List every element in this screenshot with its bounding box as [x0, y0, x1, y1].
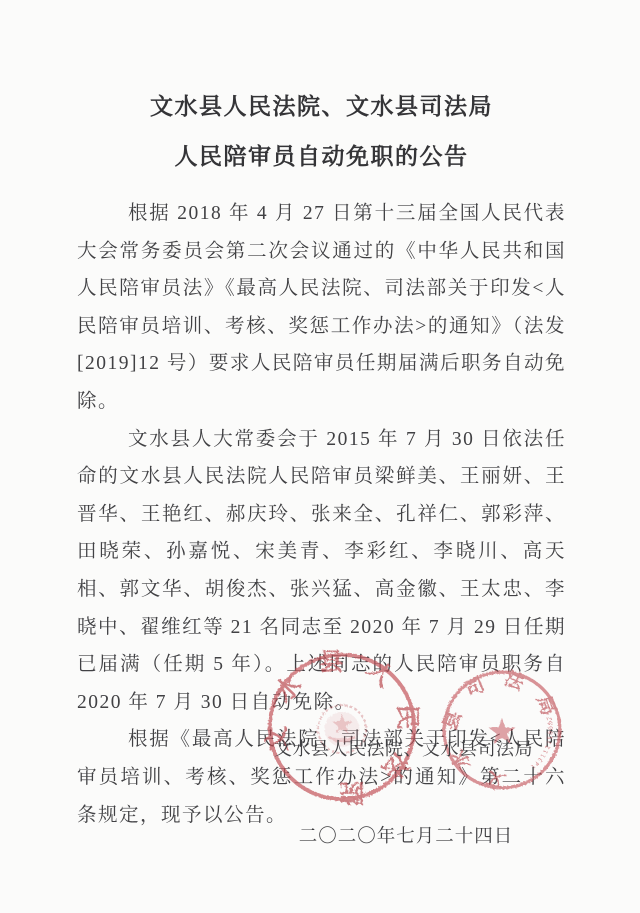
paragraph-juror-list: 文水县人大常委会于 2015 年 7 月 30 日依法任命的文水县人民法院人民陪…: [77, 421, 566, 722]
paragraph-legal-basis: 根据 2018 年 4 月 27 日第十三届全国人民代表大会常务委员会第二次会议…: [77, 195, 566, 421]
paragraph-announcement: 根据《最高人民法院、司法部关于印发<人民陪审员培训、考核、奖惩工作办法>的通知》…: [77, 721, 566, 834]
document-title-line-1: 文水县人民法院、文水县司法局: [77, 82, 566, 132]
announcement-page: 文水县人民法院、文水县司法局 人民陪审员自动免职的公告 根据 2018 年 4 …: [0, 0, 640, 913]
document-body: 根据 2018 年 4 月 27 日第十三届全国人民代表大会常务委员会第二次会议…: [77, 195, 566, 834]
document-title-line-2: 人民陪审员自动免职的公告: [77, 132, 566, 182]
document-content: 文水县人民法院、文水县司法局 人民陪审员自动免职的公告 根据 2018 年 4 …: [77, 82, 566, 834]
